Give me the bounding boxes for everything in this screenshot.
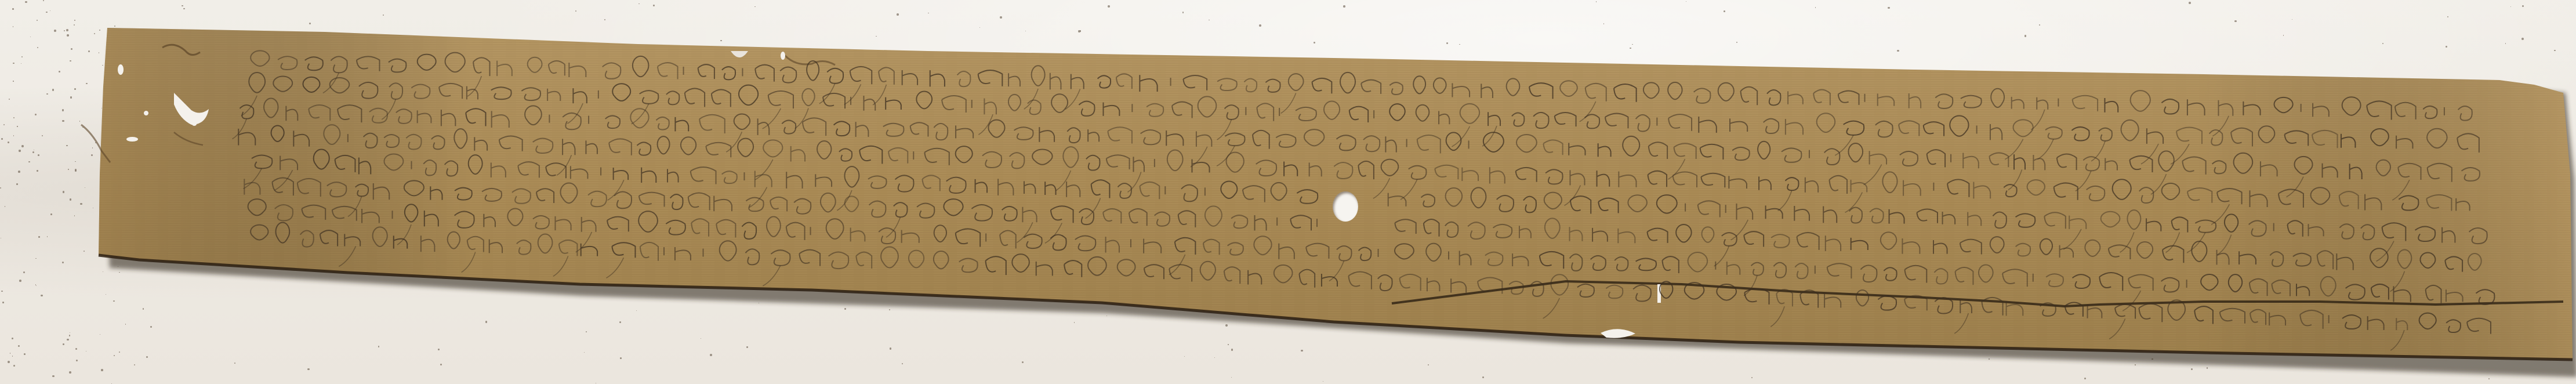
- palm-leaf-manuscript: [0, 0, 2576, 384]
- manuscript-text-lines: [0, 0, 2576, 384]
